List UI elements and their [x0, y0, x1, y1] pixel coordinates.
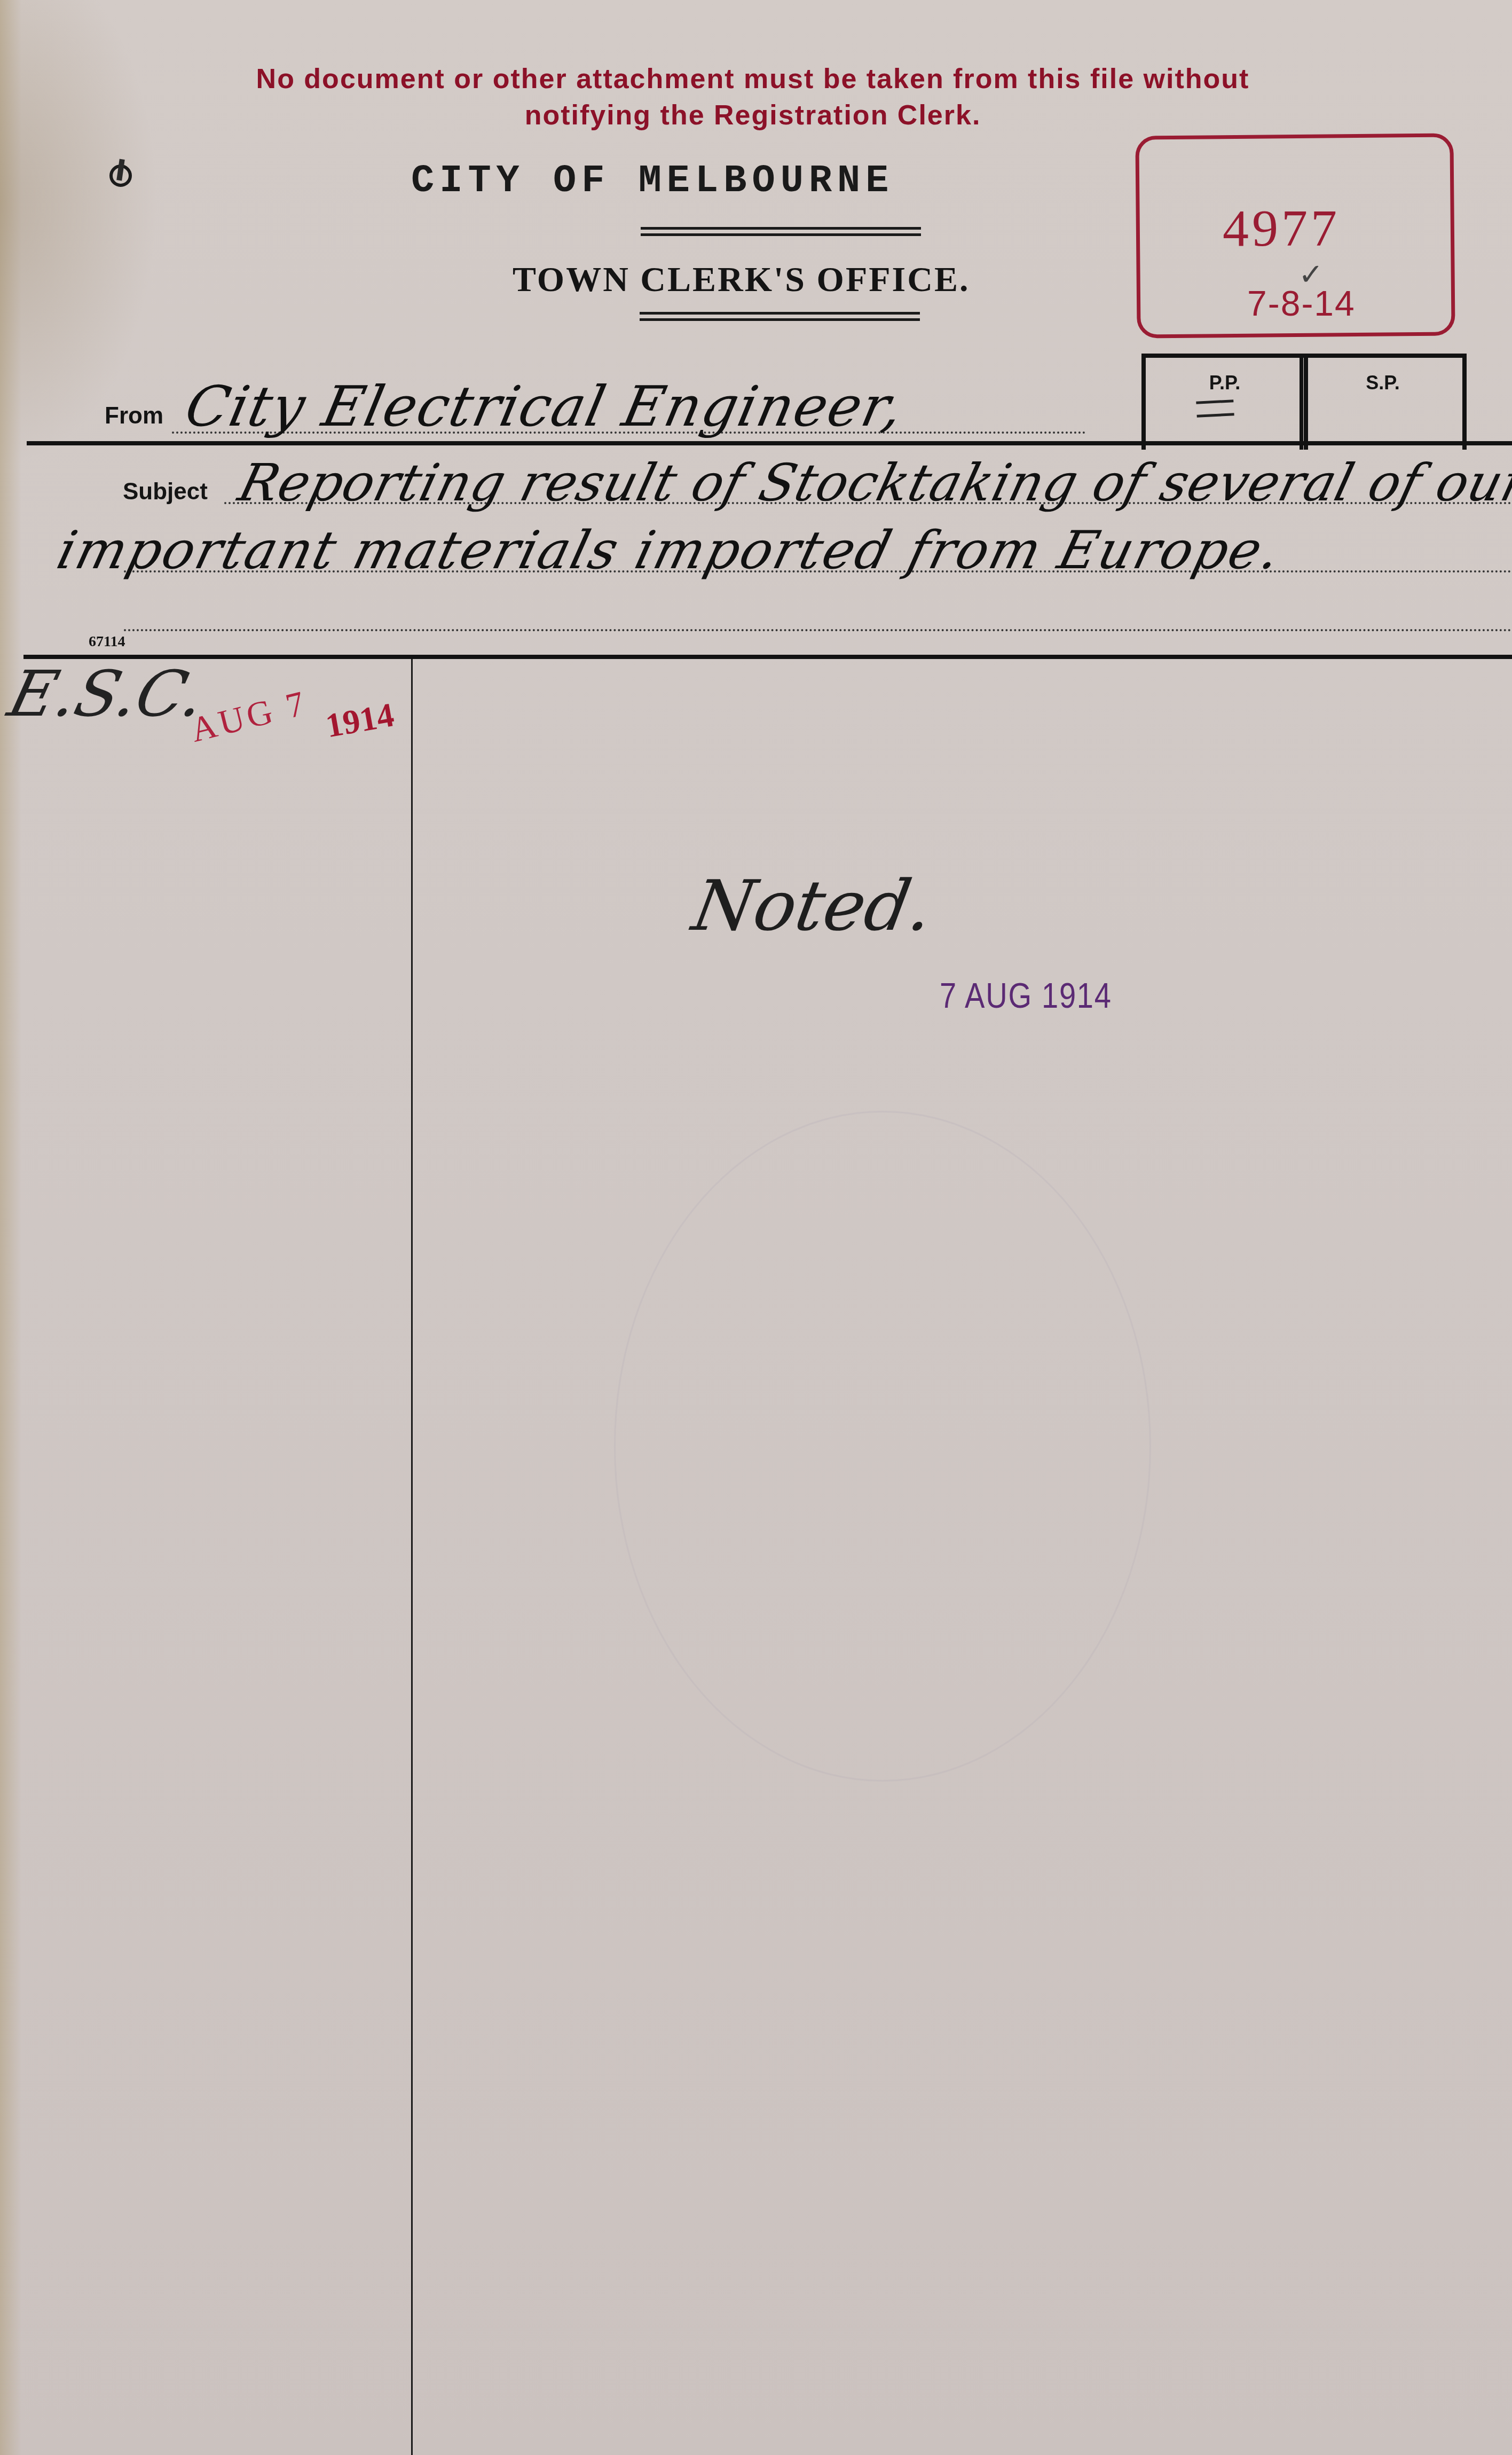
form-number: 67114 [89, 633, 125, 650]
from-rule [27, 441, 1512, 445]
pp-box: P.P. [1141, 354, 1308, 450]
subject-value-line-1: Reporting result of Stocktaking of sever… [233, 453, 1512, 513]
sp-box: S.P. [1300, 354, 1467, 450]
subject-dotted-line-3 [124, 629, 1512, 631]
margin-column-divider [411, 659, 413, 2455]
from-label: From [105, 403, 163, 429]
received-stamp-year: 1914 [323, 695, 397, 746]
pp-mark-icon [1196, 399, 1234, 418]
subject-label: Subject [123, 479, 208, 505]
from-value: City Electrical Engineer, [180, 374, 910, 439]
watermark-seal-icon [614, 1111, 1151, 1782]
note-date-stamp: 7 AUG 1914 [940, 975, 1112, 1016]
sp-label: S.P. [1303, 372, 1462, 394]
received-stamp-day: AUG 7 [187, 683, 312, 751]
file-cover-sheet: No document or other attachment must be … [0, 0, 1512, 2455]
margin-initials: E.S.C. [2, 657, 213, 731]
warning-notice-line-2: notifying the Registration Clerk. [107, 99, 1399, 131]
warning-notice-line-1: No document or other attachment must be … [107, 63, 1399, 95]
header-bottom-rule [23, 655, 1512, 659]
organization-title: CITY OF MELBOURNE [411, 159, 894, 203]
handwritten-note: Noted. [687, 865, 940, 946]
registration-date: 7-8-14 [1247, 283, 1356, 324]
office-title: TOWN CLERK'S OFFICE. [513, 260, 970, 300]
eyelet-fastener-icon [109, 164, 132, 187]
pp-label: P.P. [1146, 372, 1304, 394]
registration-number: 4977 [1223, 199, 1340, 258]
subject-value-line-2: important materials imported from Europe… [51, 520, 1288, 581]
double-rule-divider [640, 312, 920, 321]
double-rule-divider [641, 227, 921, 236]
